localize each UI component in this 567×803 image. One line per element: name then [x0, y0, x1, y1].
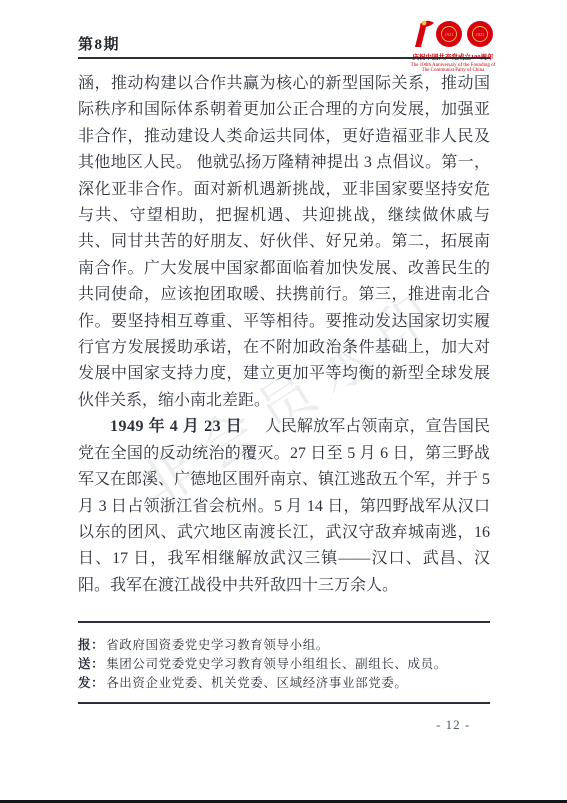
distribution-label: 送：: [78, 657, 104, 671]
distribution-entry-bao: 报：省政府国资委党史学习教育领导小组。: [78, 636, 490, 655]
logo-year-left: 1921: [444, 32, 454, 37]
distribution-text: 各出资企业党委、机关党委、区域经济事业部党委。: [106, 676, 407, 690]
party-emblem-icon: [422, 21, 427, 26]
document-page: { "page": { "issue_label": "第8期", "page_…: [0, 0, 567, 803]
paragraph-2-text: 人民解放军占领南京，宣告国民党在全国的反动统治的覆灭。27 日至 5 月 6 日…: [78, 418, 490, 593]
distribution-text: 集团公司党委党史学习教育领导小组组长、副组长、成员。: [106, 657, 447, 671]
distribution-box: 报：省政府国资委党史学习教育领导小组。 送：集团公司党委党史学习教育领导小组组长…: [78, 621, 490, 704]
logo-year-right: 2021: [475, 32, 485, 37]
distribution-entry-song: 送：集团公司党委党史学习教育领导小组组长、副组长、成员。: [78, 655, 490, 674]
anniversary-logo: 1921 2021 庆祝中国共产党成立100周年 The 100th Anniv…: [407, 16, 499, 74]
paragraph-2: 1949 年 4 月 23 日人民解放军占领南京，宣告国民党在全国的反动统治的覆…: [78, 414, 490, 599]
distribution-entry-fa: 发：各出资企业党委、机关党委、区域经济事业部党委。: [78, 674, 490, 693]
paragraph-1-text: 涵，推动构建以合作共赢为核心的新型国际关系，推动国际秩序和国际体系朝着更加公正合…: [78, 75, 490, 409]
issue-label: 第8期: [78, 33, 120, 54]
distribution-label: 发：: [78, 676, 104, 690]
page: 非会员水印 第8期 1921 2021 庆祝中国共产党成立100周年 The 1…: [0, 0, 567, 803]
header-rule: [78, 57, 490, 59]
paragraph-1: 涵，推动构建以合作共赢为核心的新型国际关系，推动国际秩序和国际体系朝着更加公正合…: [78, 71, 490, 414]
paragraph-2-date: 1949 年 4 月 23 日: [110, 418, 242, 435]
distribution-label: 报：: [78, 638, 104, 652]
distribution-text: 省政府国资委党史学习教育领导小组。: [106, 638, 329, 652]
body-text: 涵，推动构建以合作共赢为核心的新型国际关系，推动国际秩序和国际体系朝着更加公正合…: [78, 71, 490, 599]
page-number: - 12 -: [436, 717, 470, 733]
logo-100-icon: 1921 2021: [407, 16, 499, 50]
